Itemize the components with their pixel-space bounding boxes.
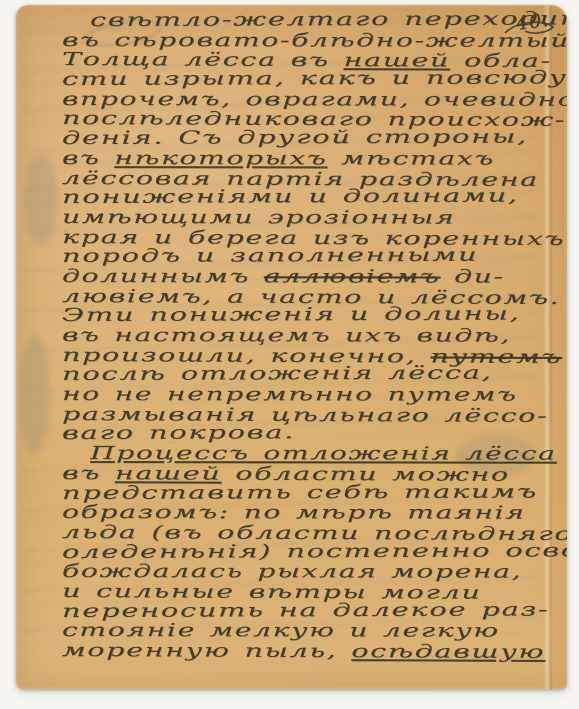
handwritten-line: образомъ: по мѣрѣ таянія xyxy=(62,503,567,524)
handwriting-layer: свѣтло-желтаго переходитъвъ сѣровато-блѣ… xyxy=(62,11,563,661)
handwritten-line: пониженіями и долинами, xyxy=(62,186,567,208)
handwritten-line: денія. Съ другой стороны, xyxy=(62,127,567,149)
handwritten-line: сти изрыта, какъ и повсюду, xyxy=(62,67,567,89)
handwritten-line: бождалась рыхлая морена, xyxy=(62,562,567,583)
handwritten-line: имѣющими эрозіонныя xyxy=(62,208,567,229)
handwritten-line: но не непремѣнно путемъ xyxy=(62,385,567,406)
handwritten-line: послѣ отложенія лёсса, xyxy=(62,363,567,385)
handwritten-line: въ нѣкоторыхъ мѣстахъ xyxy=(62,149,567,170)
ink-bleed-blob xyxy=(20,335,50,455)
handwritten-line: породъ и заполненными xyxy=(62,245,567,267)
handwritten-line: долиннымъ аллювіемъ ди- xyxy=(62,267,567,288)
ink-bleed-blob xyxy=(24,155,58,245)
handwritten-line: представить себѣ такимъ xyxy=(62,481,567,503)
handwritten-line: стояніе мелкую и легкую xyxy=(62,621,567,642)
handwritten-line: моренную пыль, осѣдавшую xyxy=(62,641,567,664)
scan-background: { "colors": { "paper": "#d7aa6d", "ink":… xyxy=(0,0,579,709)
handwritten-line: Эти пониженія и долины, xyxy=(62,304,567,326)
handwritten-line: свѣтло-желтаго переходитъ xyxy=(90,9,567,31)
handwritten-line: ваго покрова. xyxy=(62,422,567,444)
handwritten-line: Процессъ отложенія лёсса xyxy=(90,444,567,465)
handwritten-line: въ настоящемъ ихъ видѣ, xyxy=(62,326,567,347)
handwritten-line: переносить на далекое раз- xyxy=(62,599,567,621)
manuscript-page: 40. свѣтло-желтаго переходитъвъ сѣровато… xyxy=(16,5,567,689)
handwritten-line: оледенѣнія) постепенно осво- xyxy=(62,540,567,562)
